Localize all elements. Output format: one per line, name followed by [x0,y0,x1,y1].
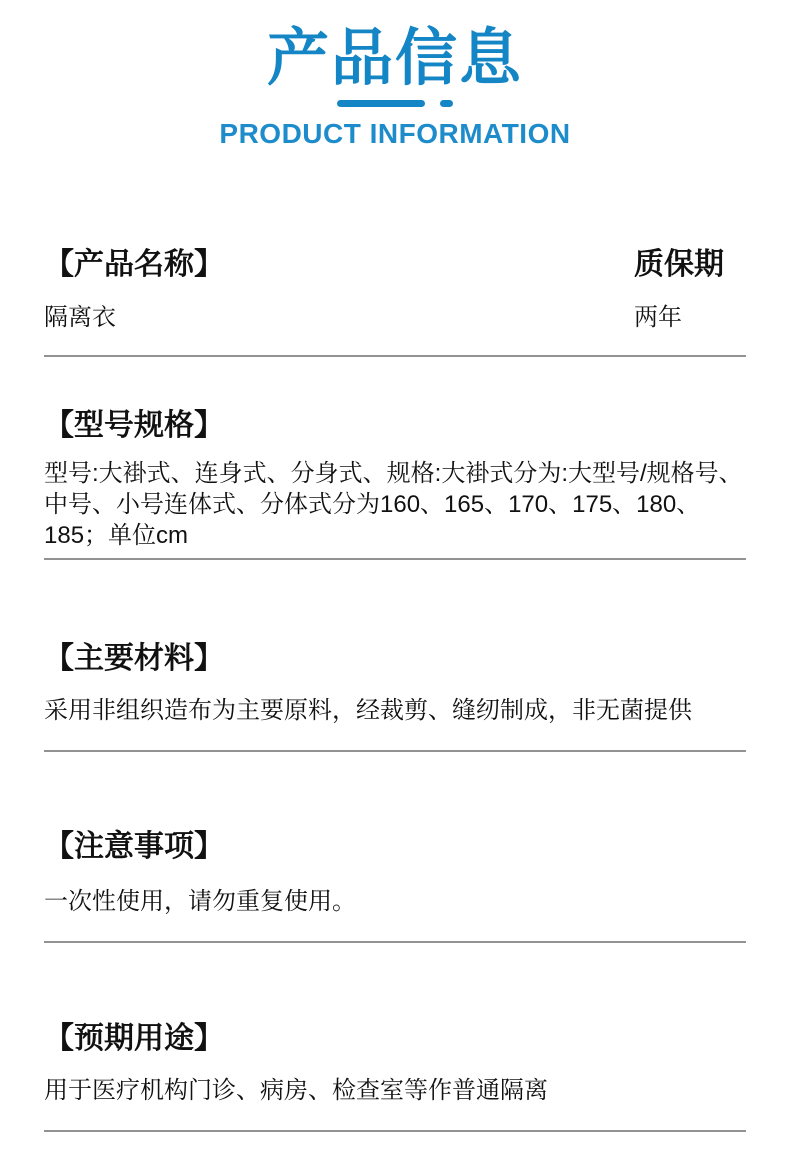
section-product-name: 【产品名称】 质保期 隔离衣 两年 [44,246,746,357]
main-material-value: 采用非组织造布为主要原料，经裁剪、缝纫制成，非无菌提供 [44,697,746,725]
underline-long-bar [337,100,425,107]
section-divider [44,1130,746,1132]
underline-short-bar [440,100,453,107]
content: 【产品名称】 质保期 隔离衣 两年 【型号规格】 型号:大褂式、连身式、分身式、… [0,246,790,1132]
page-header: 产品信息 PRODUCT INFORMATION [0,0,790,150]
section-model-spec: 【型号规格】 型号:大褂式、连身式、分身式、规格:大褂式分为:大型号/规格号、中… [44,407,746,560]
page-title: 产品信息 [0,24,790,93]
model-spec-value: 型号:大褂式、连身式、分身式、规格:大褂式分为:大型号/规格号、中号、小号连体式… [44,458,746,551]
warranty-value: 两年 [634,304,746,332]
section-divider [44,355,746,357]
section-intended-use: 【预期用途】 用于医疗机构门诊、病房、检查室等作普通隔离 [44,1020,746,1132]
section-title: 【预期用途】 [44,1020,746,1058]
section-precautions: 【注意事项】 一次性使用，请勿重复使用。 [44,828,746,943]
section-title: 【产品名称】 [44,246,224,284]
section-main-material: 【主要材料】 采用非组织造布为主要原料，经裁剪、缝纫制成，非无菌提供 [44,640,746,752]
section-title: 【型号规格】 [44,407,746,445]
section-divider [44,941,746,943]
intended-use-value: 用于医疗机构门诊、病房、检查室等作普通隔离 [44,1077,746,1105]
warranty-title: 质保期 [634,246,746,284]
section-body-row: 隔离衣 两年 [44,304,746,332]
page-subtitle: PRODUCT INFORMATION [0,118,790,150]
section-title: 【主要材料】 [44,640,746,678]
section-divider [44,750,746,752]
section-head-row: 【产品名称】 质保期 [44,246,746,284]
section-divider [44,558,746,560]
section-title: 【注意事项】 [44,828,746,866]
title-underline-decoration [0,100,790,107]
precautions-value: 一次性使用，请勿重复使用。 [44,888,746,916]
product-name-value: 隔离衣 [44,304,116,332]
